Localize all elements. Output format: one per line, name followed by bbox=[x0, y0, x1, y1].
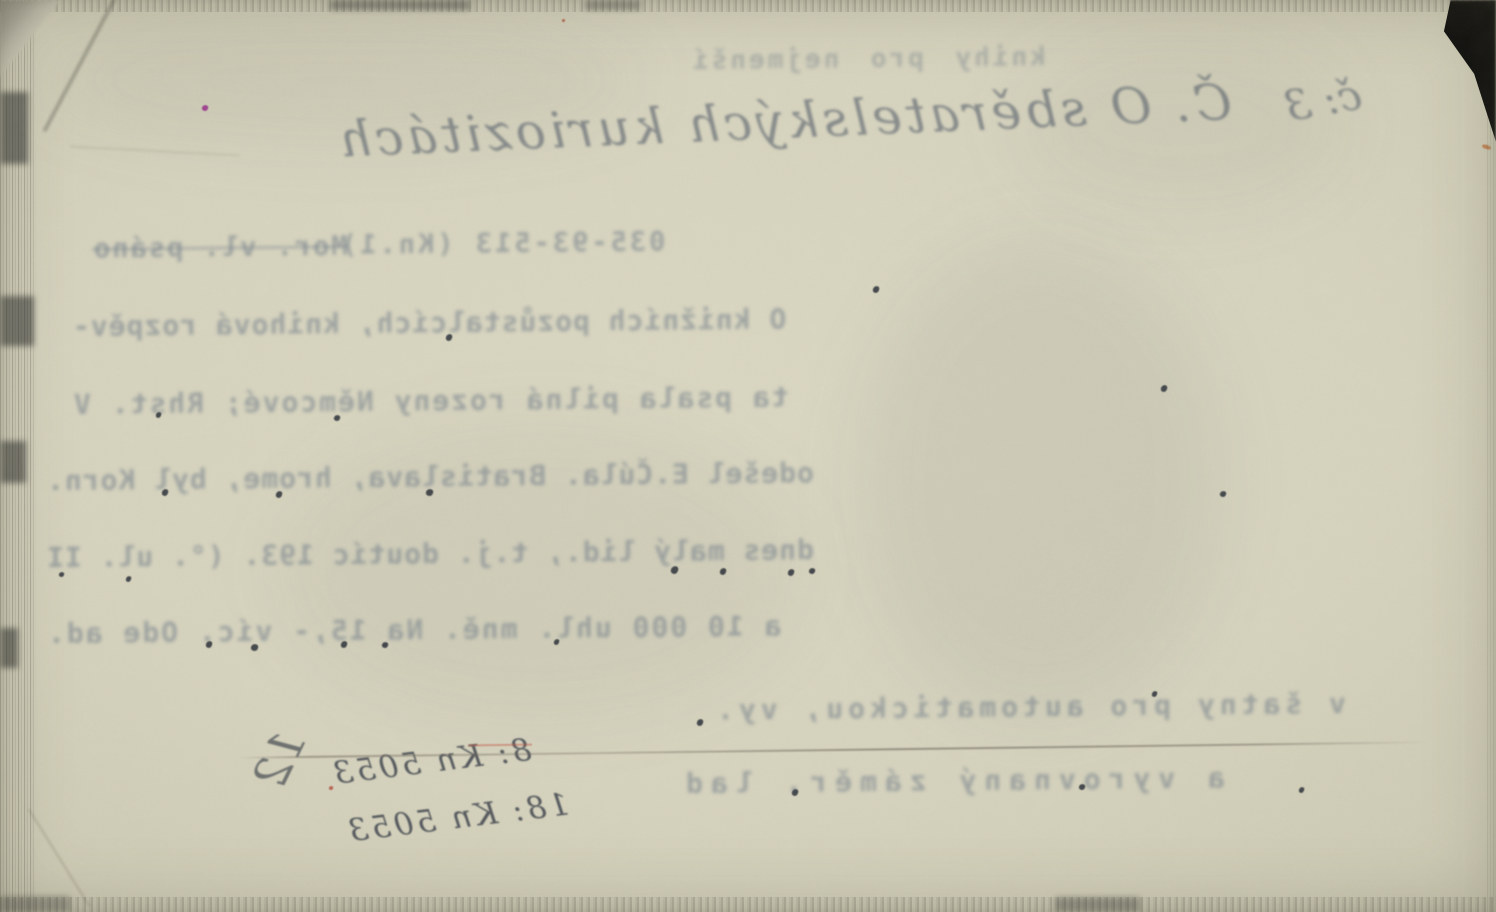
ink-speck bbox=[1219, 490, 1227, 498]
ink-speck bbox=[250, 643, 259, 652]
ink-speck bbox=[670, 565, 679, 575]
edge-dark-patch bbox=[0, 296, 34, 346]
ink-speck bbox=[275, 490, 283, 499]
ink-speck bbox=[445, 333, 453, 342]
ink-speck bbox=[125, 575, 132, 582]
ink-speck bbox=[58, 571, 64, 577]
ink-speck bbox=[1298, 786, 1305, 793]
paper-crease bbox=[28, 808, 91, 907]
handwritten-box-mark: 12 bbox=[242, 721, 316, 797]
handwritten-shelf-mark: 18: Kn 5053 bbox=[344, 786, 571, 849]
fold-crease-line bbox=[43, 0, 116, 132]
bleedthrough-line-struck: Mor. vl. psáno bbox=[92, 231, 348, 265]
bleedthrough-line: 035-93-513 (Kn.1) bbox=[338, 226, 666, 260]
bleedthrough-line: ta psala pilná rozeny Němcové; Rhst. V bbox=[72, 380, 789, 421]
bleedthrough-line: dnes malý lid., t.j. doutíc 193. (°. ul.… bbox=[46, 533, 814, 574]
ink-speck bbox=[340, 640, 348, 649]
edge-dark-patch bbox=[0, 896, 70, 912]
red-speck bbox=[562, 19, 566, 23]
scan-edge-top bbox=[0, 0, 1496, 12]
ink-speck bbox=[553, 638, 560, 645]
ink-speck bbox=[381, 641, 389, 649]
scan-edge-left bbox=[0, 0, 36, 912]
scan-edge-bottom bbox=[0, 897, 1496, 912]
edge-dark-patch bbox=[1055, 897, 1140, 912]
paper-crease bbox=[70, 146, 240, 157]
ink-speck bbox=[719, 567, 727, 576]
paper-surface: knihy pro nejmenší Mor. vl. psáno 035-93… bbox=[0, 0, 1496, 912]
ink-speck bbox=[333, 414, 341, 422]
edge-dark-patch bbox=[0, 92, 28, 164]
ink-speck bbox=[808, 567, 816, 575]
bleedthrough-line: a vyrovnaný záměr. lad bbox=[678, 761, 1225, 800]
bleedthrough-line: O knižních pozůstalcích, knihová rozpěv- bbox=[72, 302, 787, 342]
edge-dark-patch bbox=[585, 0, 640, 10]
edge-dark-patch bbox=[0, 441, 26, 483]
handwritten-corner-mark: č: 3 bbox=[1280, 70, 1365, 132]
ink-speck bbox=[1160, 384, 1168, 393]
handwritten-title: Č. O sběratelských kuriozitách bbox=[334, 73, 1233, 169]
bleedthrough-line: v šatny pro automatickou, vy. bbox=[712, 687, 1346, 727]
ink-speck bbox=[696, 718, 704, 727]
bleedthrough-line: knihy pro nejmenší bbox=[690, 42, 1046, 76]
folded-corner bbox=[0, 0, 165, 165]
edge-dark-patch bbox=[330, 0, 470, 10]
scanned-card: knihy pro nejmenší Mor. vl. psáno 035-93… bbox=[0, 0, 1496, 912]
magenta-speck bbox=[201, 104, 209, 112]
bleedthrough-line: a 10 000 uhl. mně. Na 15,- víc. Ode ad. bbox=[46, 609, 782, 650]
handwritten-shelf-mark: 8: Kn 5053 bbox=[329, 732, 534, 792]
ink-speck bbox=[787, 568, 795, 577]
ink-speck bbox=[425, 488, 434, 497]
shading-blob bbox=[860, 240, 1220, 720]
orange-fleck bbox=[1482, 144, 1492, 151]
ink-speck bbox=[872, 285, 880, 294]
paper-crease bbox=[1463, 0, 1464, 912]
edge-dark-patch bbox=[0, 628, 18, 668]
torn-corner bbox=[1412, 0, 1496, 142]
